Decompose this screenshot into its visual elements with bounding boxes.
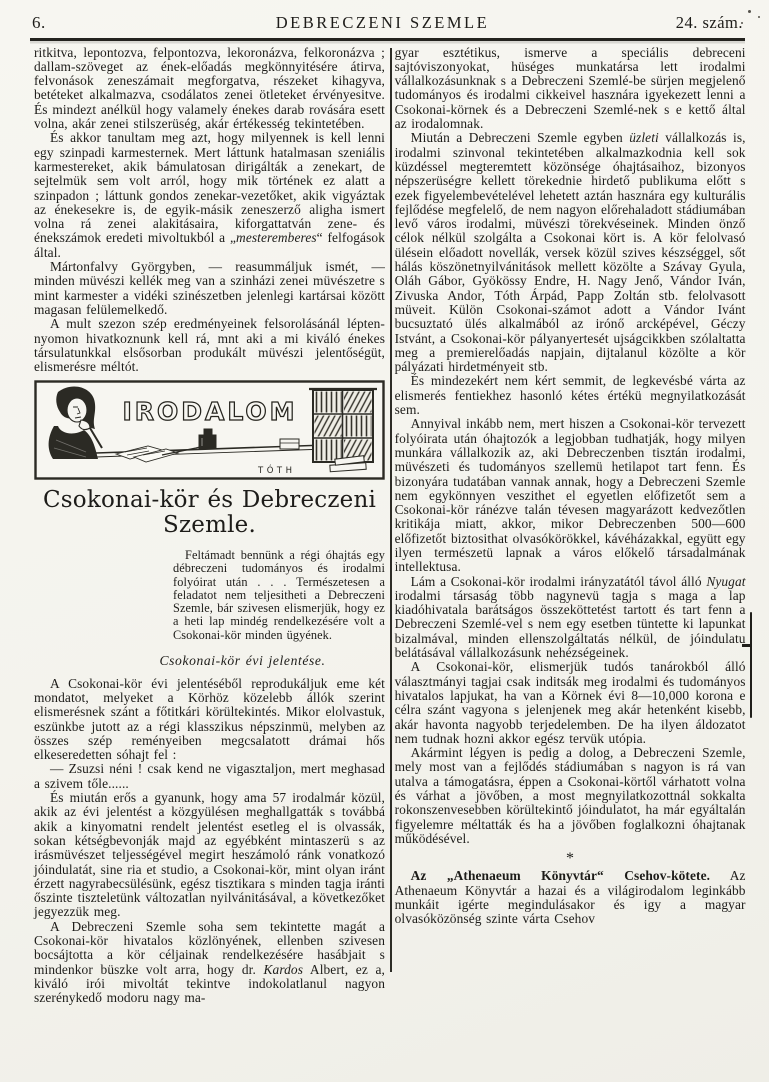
margin-pen-tick (742, 644, 751, 647)
paragraph: Annyival inkább nem, mert hiszen a Csoko… (395, 417, 746, 574)
scan-speck (748, 10, 751, 13)
text-segment: Akármint légyen is pedig a dolog, a Debr… (395, 745, 746, 846)
issue-number: 24. szám. (633, 13, 743, 33)
epigraph-source: Csokonai-kör évi jelentése. (34, 654, 385, 668)
paragraph: ritkitva, lepontozva, felpontozva, lekor… (34, 46, 385, 132)
paragraph: És mindezekért nem kért semmit, de legke… (395, 374, 746, 417)
column-divider (390, 48, 392, 972)
bookshelf (309, 389, 377, 472)
paragraph: A Debreczeni Szemle soha sem tekintette … (34, 920, 385, 1006)
text-segment: Nyugat (706, 574, 745, 589)
news-item-paragraphs: Az „Athenaeum Könyvtár“ Csehov-kötete. A… (395, 869, 746, 926)
scan-speck (758, 16, 760, 18)
paragraph: Miután a Debreczeni Szemle egyben üzleti… (395, 131, 746, 374)
left-column-top-paragraphs: ritkitva, lepontozva, felpontozva, lekor… (34, 46, 385, 375)
text-segment: A Csokonai-kör évi jelentéséből reproduk… (34, 676, 385, 762)
newspaper-page: 6. DEBRECZENI SZEMLE 24. szám. ritkitva,… (0, 0, 769, 1082)
text-segment: Mártonfalvy Györgyben, — reasummáljuk is… (34, 259, 385, 317)
text-segment: üzleti (629, 130, 659, 145)
text-segment: A Csokonai-kör, elismerjük tudós tanárok… (395, 659, 746, 745)
paragraph: És miután erős a gyanunk, hogy ama 57 ir… (34, 791, 385, 920)
scan-speck (741, 22, 743, 24)
paragraph: A Csokonai-kör, elismerjük tudós tanárok… (395, 660, 746, 746)
text-segment: irodalmi társaság több nagynevü tagja s … (395, 588, 746, 660)
margin-pen-mark (750, 612, 752, 718)
illustration-caption: IRODALOM (122, 397, 297, 426)
text-segment: — Zsuzsi néni ! csak kend ne vigasztaljo… (34, 761, 385, 790)
text-segment: És mindezekért nem kért semmit, de legke… (395, 373, 746, 417)
text-segment: mesteremberes (236, 230, 317, 245)
text-segment: Az „Athenaeum Könyvtár“ Csehov-kötete. (411, 868, 710, 883)
text-segment: Lám a Csokonai-kör irodalmi irányzatától… (411, 574, 707, 589)
paragraph: Mártonfalvy Györgyben, — reasummáljuk is… (34, 260, 385, 317)
text-columns: ritkitva, lepontozva, felpontozva, lekor… (0, 41, 769, 1006)
text-segment: ritkitva, lepontozva, felpontozva, lekor… (34, 45, 385, 131)
text-segment: vállalkozás is, irodalmi szinvonal tekin… (395, 130, 746, 374)
paragraph: Akármint légyen is pedig a dolog, a Debr… (395, 746, 746, 846)
article-title: Csokonai-kör és Debreczeni Szemle. (34, 488, 385, 536)
page-number: 6. (32, 13, 132, 33)
text-segment: gyar esztétikus, ismerve a speciális deb… (395, 45, 746, 131)
paragraph: És akkor tanultam meg azt, hogy milyenne… (34, 131, 385, 260)
paragraph: Lám a Csokonai-kör irodalmi irányzatától… (395, 575, 746, 661)
article-paragraphs: A Csokonai-kör évi jelentéséből reproduk… (34, 677, 385, 1006)
text-segment: Miután a Debreczeni Szemle egyben (411, 130, 630, 145)
text-segment: A mult szezon szép eredményeinek felsoro… (34, 316, 385, 374)
paragraph: gyar esztétikus, ismerve a speciális deb… (395, 46, 746, 132)
text-segment: És miután erős a gyanunk, hogy ama 57 ir… (34, 790, 385, 919)
text-segment: Annyival inkább nem, mert hiszen a Csoko… (395, 416, 746, 574)
right-column-paragraphs: gyar esztétikus, ismerve a speciális deb… (395, 46, 746, 847)
page-header: 6. DEBRECZENI SZEMLE 24. szám. (0, 0, 769, 36)
paragraph: Az „Athenaeum Könyvtár“ Csehov-kötete. A… (395, 869, 746, 926)
illustrator-signature: TÓTH (257, 464, 295, 476)
text-segment: Kardos (264, 962, 304, 977)
article-epigraph: Feltámadt bennünk a régi óhajtás egy déb… (173, 549, 385, 642)
paragraph: A Csokonai-kör évi jelentéséből reproduk… (34, 677, 385, 763)
star-separator: * (395, 851, 746, 866)
text-segment: És akkor tanultam meg azt, hogy milyenne… (34, 130, 385, 245)
left-column: ritkitva, lepontozva, felpontozva, lekor… (34, 46, 385, 1006)
masthead-title: DEBRECZENI SZEMLE (132, 13, 633, 33)
paragraph: A mult szezon szép eredményeinek felsoro… (34, 317, 385, 374)
right-column: gyar esztétikus, ismerve a speciális deb… (395, 46, 746, 1006)
irodalom-illustration: IRODALOM TÓTH (34, 380, 385, 480)
paragraph: — Zsuzsi néni ! csak kend ne vigasztaljo… (34, 762, 385, 791)
